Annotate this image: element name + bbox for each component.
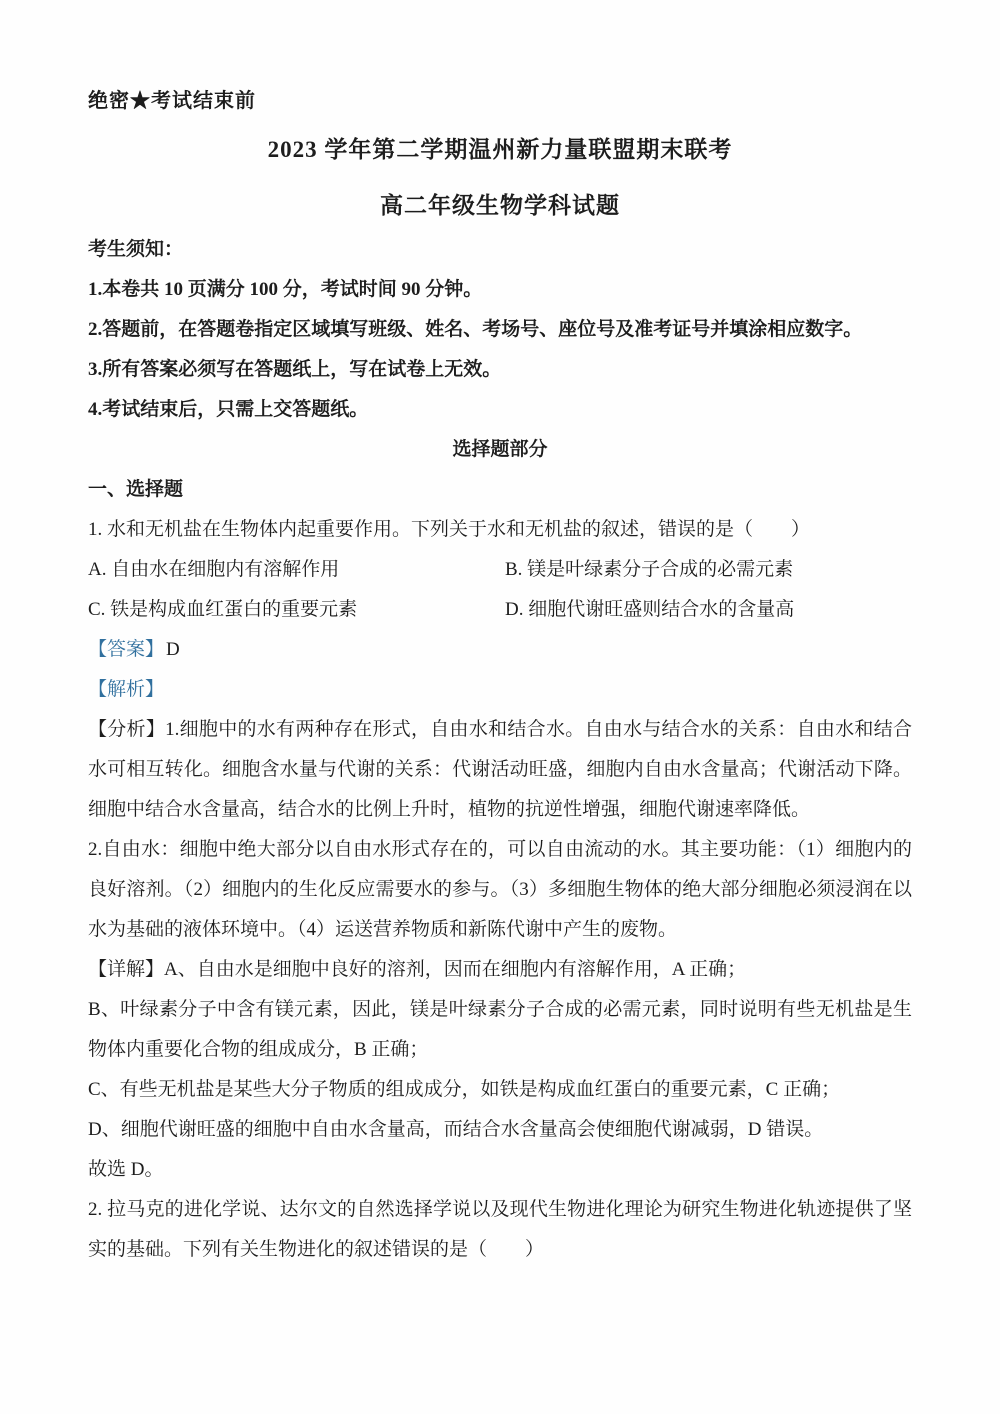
exam-page: 绝密★考试结束前 2023 学年第二学期温州新力量联盟期末联考 高二年级生物学科… <box>0 0 1000 1414</box>
question-2: 2. 拉马克的进化学说、达尔文的自然选择学说以及现代生物进化理论为研究生物进化轨… <box>88 1190 912 1270</box>
notice-section: 考生须知： 1.本卷共 10 页满分 100 分，考试时间 90 分钟。 2.答… <box>88 230 912 430</box>
notice-item-4: 4.考试结束后，只需上交答题纸。 <box>88 390 912 430</box>
question-1-stem: 1. 水和无机盐在生物体内起重要作用。下列关于水和无机盐的叙述，错误的是（ ） <box>88 510 912 550</box>
detail-paragraph-b: B、叶绿素分子中含有镁元素，因此，镁是叶绿素分子合成的必需元素，同时说明有些无机… <box>88 990 912 1070</box>
answer-label: 【答案】 <box>88 639 164 660</box>
notice-heading: 考生须知： <box>88 230 912 270</box>
notice-item-2: 2.答题前，在答题卷指定区域填写班级、姓名、考场号、座位号及准考证号并填涂相应数… <box>88 310 912 350</box>
option-b: B. 镁是叶绿素分子合成的必需元素 <box>505 550 912 590</box>
detail-paragraph-d: D、细胞代谢旺盛的细胞中自由水含量高，而结合水含量高会使细胞代谢减弱，D 错误。 <box>88 1110 912 1150</box>
analysis-label: 【分析】 <box>88 719 165 740</box>
answer-line: 【答案】D <box>88 630 912 670</box>
explain-label: 【解析】 <box>88 679 164 700</box>
notice-item-3: 3.所有答案必须写在答题纸上，写在试卷上无效。 <box>88 350 912 390</box>
exam-subtitle: 高二年级生物学科试题 <box>88 186 912 226</box>
detail-label: 【详解】 <box>88 959 164 980</box>
analysis-text: 1.细胞中的水有两种存在形式，自由水和结合水。自由水与结合水的关系：自由水和结合… <box>88 719 912 820</box>
option-d: D. 细胞代谢旺盛则结合水的含量高 <box>505 590 912 630</box>
question-1: 1. 水和无机盐在生物体内起重要作用。下列关于水和无机盐的叙述，错误的是（ ） … <box>88 510 912 1190</box>
answer-value: D <box>164 639 180 660</box>
analysis-paragraph: 【分析】1.细胞中的水有两种存在形式，自由水和结合水。自由水与结合水的关系：自由… <box>88 710 912 830</box>
free-water-paragraph: 2.自由水：细胞中绝大部分以自由水形式存在的，可以自由流动的水。其主要功能：（1… <box>88 830 912 950</box>
option-c: C. 铁是构成血红蛋白的重要元素 <box>88 590 505 630</box>
option-a: A. 自由水在细胞内有溶解作用 <box>88 550 505 590</box>
question-2-stem: 2. 拉马克的进化学说、达尔文的自然选择学说以及现代生物进化理论为研究生物进化轨… <box>88 1190 912 1270</box>
detail-paragraph-c: C、有些无机盐是某些大分子物质的组成成分，如铁是构成血红蛋白的重要元素，C 正确… <box>88 1070 912 1110</box>
question-1-options: A. 自由水在细胞内有溶解作用 B. 镁是叶绿素分子合成的必需元素 C. 铁是构… <box>88 550 912 630</box>
conclusion-line: 故选 D。 <box>88 1150 912 1190</box>
detail-text-a: A、自由水是细胞中良好的溶剂，因而在细胞内有溶解作用，A 正确； <box>164 959 746 980</box>
notice-item-1: 1.本卷共 10 页满分 100 分，考试时间 90 分钟。 <box>88 270 912 310</box>
exam-title: 2023 学年第二学期温州新力量联盟期末联考 <box>88 130 912 170</box>
classification-banner: 绝密★考试结束前 <box>88 88 912 114</box>
part-heading: 选择题部分 <box>88 430 912 470</box>
detail-paragraph-a: 【详解】A、自由水是细胞中良好的溶剂，因而在细胞内有溶解作用，A 正确； <box>88 950 912 990</box>
subsection-heading: 一、选择题 <box>88 470 912 510</box>
explain-line: 【解析】 <box>88 670 912 710</box>
